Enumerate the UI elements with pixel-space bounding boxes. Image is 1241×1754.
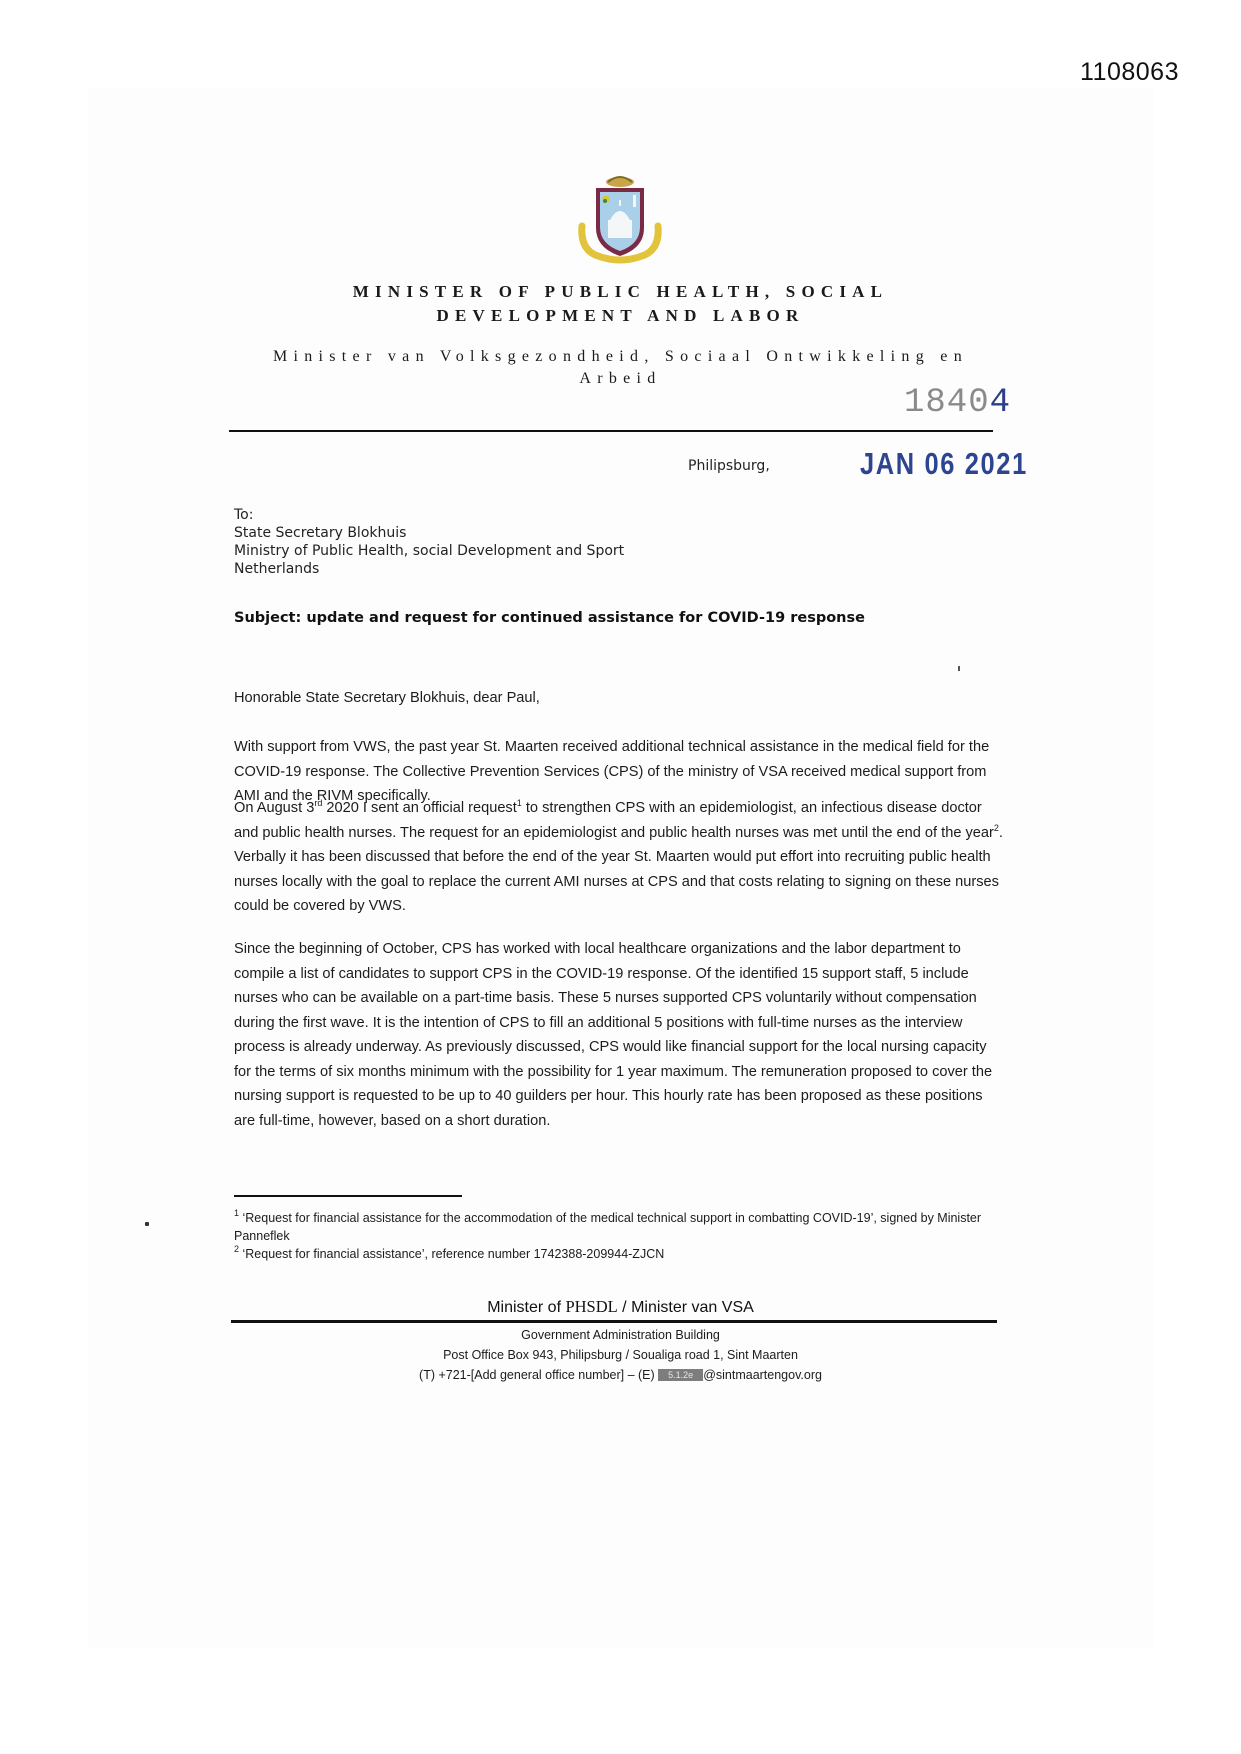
footer-divider [231,1320,997,1323]
footnote-1: 1 ‘Request for financial assistance for … [234,1209,1034,1245]
footnotes: 1 ‘Request for financial assistance for … [234,1209,1034,1263]
footnote-2: 2 ‘Request for financial assistance’, re… [234,1245,1034,1263]
recipient-label: To: [234,506,624,524]
coat-of-arms-icon [568,172,672,268]
registration-stamp: 18404 [904,384,1011,422]
footer-contact: (T) +721-[Add general office number] – (… [0,1368,1241,1382]
registration-digits: 1840 [904,384,990,422]
footer-email-domain: @sintmaartengov.org [703,1368,822,1382]
footer-title: Minister of PHSDL / Minister van VSA [0,1297,1241,1317]
scan-mark [958,666,960,671]
paragraph-3-text: Since the beginning of October, CPS has … [234,937,1004,1133]
scan-mark [145,1222,149,1226]
footnote-separator [234,1195,462,1197]
footer-address: Post Office Box 943, Philipsburg / Soual… [0,1348,1241,1362]
footnote-text: ‘Request for financial assistance for th… [234,1211,981,1243]
document-id: 1108063 [1080,58,1179,87]
place: Philipsburg, [688,458,770,474]
recipient-block: To: State Secretary Blokhuis Ministry of… [234,506,624,578]
recipient-line: Ministry of Public Health, social Develo… [234,542,624,560]
date-stamp: JAN 06 2021 [860,446,1028,482]
paragraph-2: On August 3rd 2020 I sent an official re… [234,796,1004,919]
footer-title-text: Minister of [487,1299,565,1316]
recipient-line: State Secretary Blokhuis [234,524,624,542]
footer-building: Government Administration Building [0,1328,1241,1342]
footer-phone: (T) +721-[Add general office number] – (… [419,1368,658,1382]
recipient-line: Netherlands [234,560,624,578]
redaction-box: 5.1.2e [658,1369,703,1381]
letterhead-title-nl-line2: Arbeid [0,370,1241,388]
footer-title-abbrev: PHSDL [565,1297,617,1316]
footer-title-text: / Minister van VSA [618,1299,754,1316]
p2-text: On August 3 [234,800,314,816]
footnote-text: ‘Request for financial assistance’, refe… [239,1247,664,1261]
salutation: Honorable State Secretary Blokhuis, dear… [234,686,1004,711]
registration-last-digit: 4 [990,384,1011,422]
subject-line: Subject: update and request for continue… [234,610,865,626]
p2-text: 2020 I sent an official request [322,800,516,816]
paragraph-3: Since the beginning of October, CPS has … [234,937,1004,1133]
letterhead-title-en-line1: MINISTER OF PUBLIC HEALTH, SOCIAL [0,282,1241,302]
letterhead-title-en-line2: DEVELOPMENT AND LABOR [0,306,1241,326]
letterhead-title-nl-line1: Minister van Volksgezondheid, Sociaal On… [0,348,1241,366]
header-divider [229,430,993,432]
